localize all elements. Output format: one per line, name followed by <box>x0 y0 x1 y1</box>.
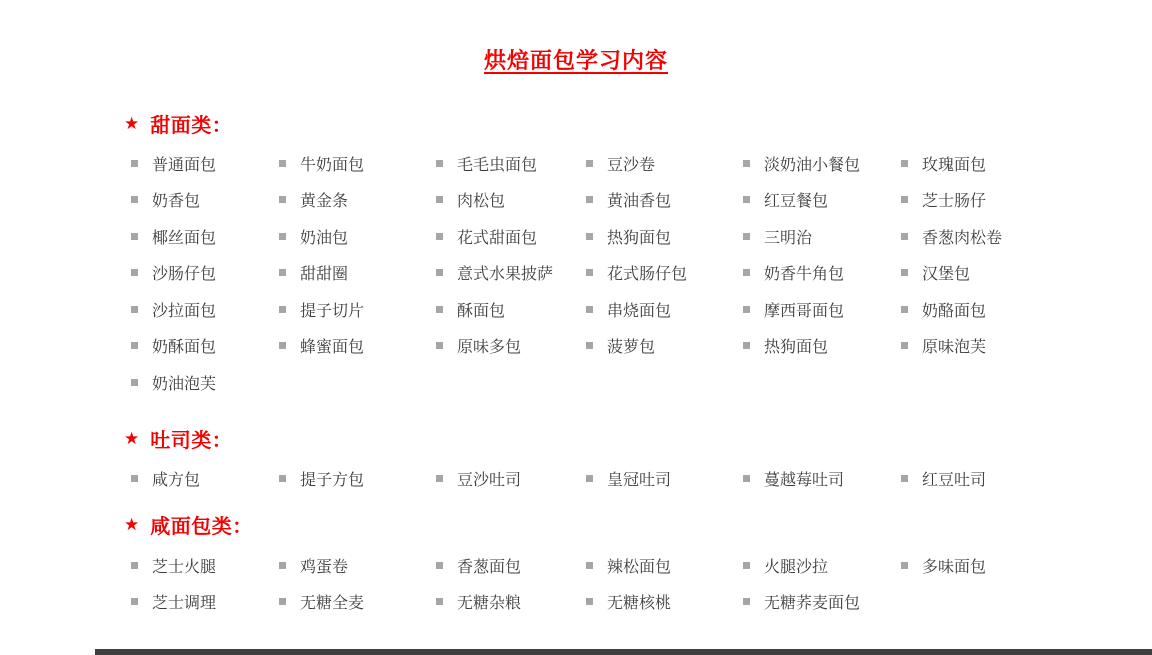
list-item: 沙拉面包 <box>131 291 279 328</box>
list-item: 无糖杂粮 <box>436 584 586 621</box>
square-bullet-icon <box>743 342 750 349</box>
list-item-label: 奶酪面包 <box>922 298 986 321</box>
list-item-label: 黄金条 <box>300 188 348 211</box>
square-bullet-icon <box>586 233 593 240</box>
list-item-label: 奶香牛角包 <box>764 261 844 284</box>
list-item-label: 热狗面包 <box>607 225 671 248</box>
list-item: 酥面包 <box>436 291 586 328</box>
list-item-label: 芝士火腿 <box>152 554 216 577</box>
list-item: 豆沙吐司 <box>436 460 586 497</box>
square-bullet-icon <box>131 598 138 605</box>
list-item: 皇冠吐司 <box>586 460 743 497</box>
square-bullet-icon <box>743 160 750 167</box>
square-bullet-icon <box>436 598 443 605</box>
list-item-label: 牛奶面包 <box>300 152 364 175</box>
slide: 烘焙面包学习内容 ★ 甜面类： 普通面包牛奶面包毛毛虫面包豆沙卷淡奶油小餐包玫瑰… <box>0 0 1152 655</box>
section-title: 吐司类： <box>150 424 232 453</box>
list-item-label: 皇冠吐司 <box>607 467 671 490</box>
list-item: 香葱肉松卷 <box>901 218 1151 255</box>
list-item: 三明治 <box>743 218 901 255</box>
list-item: 意式水果披萨 <box>436 255 586 292</box>
square-bullet-icon <box>279 196 286 203</box>
square-bullet-icon <box>279 233 286 240</box>
list-item: 汉堡包 <box>901 255 1151 292</box>
list-item-label: 肉松包 <box>457 188 505 211</box>
star-icon: ★ <box>124 516 139 533</box>
square-bullet-icon <box>901 562 908 569</box>
list-item-label: 沙肠仔包 <box>152 261 216 284</box>
square-bullet-icon <box>279 306 286 313</box>
star-icon: ★ <box>124 115 139 132</box>
square-bullet-icon <box>436 233 443 240</box>
list-item-label: 热狗面包 <box>764 334 828 357</box>
square-bullet-icon <box>901 342 908 349</box>
list-item: 红豆吐司 <box>901 460 1151 497</box>
square-bullet-icon <box>586 475 593 482</box>
list-item-label: 毛毛虫面包 <box>457 152 537 175</box>
list-item: 奶香牛角包 <box>743 255 901 292</box>
list-item-label: 香葱面包 <box>457 554 521 577</box>
list-item-label: 玫瑰面包 <box>922 152 986 175</box>
list-item-label: 花式甜面包 <box>457 225 537 248</box>
list-item: 奶油泡芙 <box>131 364 279 401</box>
square-bullet-icon <box>436 196 443 203</box>
square-bullet-icon <box>131 196 138 203</box>
list-item-label: 无糖杂粮 <box>457 590 521 613</box>
square-bullet-icon <box>901 475 908 482</box>
list-item-label: 菠萝包 <box>607 334 655 357</box>
list-item: 蜂蜜面包 <box>279 328 436 365</box>
list-item-label: 咸方包 <box>152 467 200 490</box>
list-item: 奶油包 <box>279 218 436 255</box>
list-item-label: 芝士调理 <box>152 590 216 613</box>
square-bullet-icon <box>131 160 138 167</box>
list-item-label: 提子切片 <box>300 298 364 321</box>
list-item: 鸡蛋卷 <box>279 547 436 584</box>
list-item: 奶酥面包 <box>131 328 279 365</box>
list-item-label: 奶油泡芙 <box>152 371 216 394</box>
section-header-sweet-bread: ★ 甜面类： <box>124 110 232 136</box>
list-item-label: 红豆吐司 <box>922 467 986 490</box>
list-item-label: 无糖核桃 <box>607 590 671 613</box>
square-bullet-icon <box>131 342 138 349</box>
section-title: 咸面包类： <box>150 510 253 539</box>
list-item-label: 鸡蛋卷 <box>300 554 348 577</box>
list-item: 毛毛虫面包 <box>436 145 586 182</box>
list-item-label: 普通面包 <box>152 152 216 175</box>
list-item-label: 黄油香包 <box>607 188 671 211</box>
list-item: 原味多包 <box>436 328 586 365</box>
list-item-label: 甜甜圈 <box>300 261 348 284</box>
footer-bar <box>95 649 1152 655</box>
list-item-label: 红豆餐包 <box>764 188 828 211</box>
list-item: 椰丝面包 <box>131 218 279 255</box>
square-bullet-icon <box>901 306 908 313</box>
list-item-label: 蜂蜜面包 <box>300 334 364 357</box>
square-bullet-icon <box>901 233 908 240</box>
square-bullet-icon <box>901 196 908 203</box>
square-bullet-icon <box>436 306 443 313</box>
square-bullet-icon <box>279 342 286 349</box>
list-item: 奶酪面包 <box>901 291 1151 328</box>
list-item-label: 豆沙吐司 <box>457 467 521 490</box>
list-item: 花式甜面包 <box>436 218 586 255</box>
list-item: 提子方包 <box>279 460 436 497</box>
list-item-label: 椰丝面包 <box>152 225 216 248</box>
item-grid-sweet-bread: 普通面包牛奶面包毛毛虫面包豆沙卷淡奶油小餐包玫瑰面包奶香包黄金条肉松包黄油香包红… <box>131 145 1151 401</box>
square-bullet-icon <box>743 233 750 240</box>
list-item: 玫瑰面包 <box>901 145 1151 182</box>
list-item: 奶香包 <box>131 182 279 219</box>
list-item: 普通面包 <box>131 145 279 182</box>
section-header-toast: ★ 吐司类： <box>124 425 232 451</box>
list-item: 蔓越莓吐司 <box>743 460 901 497</box>
square-bullet-icon <box>131 475 138 482</box>
list-item: 菠萝包 <box>586 328 743 365</box>
list-item-label: 奶酥面包 <box>152 334 216 357</box>
list-item-label: 原味多包 <box>457 334 521 357</box>
star-icon: ★ <box>124 430 139 447</box>
square-bullet-icon <box>743 562 750 569</box>
list-item: 芝士肠仔 <box>901 182 1151 219</box>
list-item: 花式肠仔包 <box>586 255 743 292</box>
list-item-label: 香葱肉松卷 <box>922 225 1002 248</box>
square-bullet-icon <box>279 269 286 276</box>
list-item-label: 蔓越莓吐司 <box>764 467 844 490</box>
square-bullet-icon <box>743 196 750 203</box>
list-item-label: 火腿沙拉 <box>764 554 828 577</box>
square-bullet-icon <box>131 269 138 276</box>
list-item: 沙肠仔包 <box>131 255 279 292</box>
list-item-label: 芝士肠仔 <box>922 188 986 211</box>
square-bullet-icon <box>586 269 593 276</box>
item-grid-salty-bread: 芝士火腿鸡蛋卷香葱面包辣松面包火腿沙拉多味面包芝士调理无糖全麦无糖杂粮无糖核桃无… <box>131 547 1151 620</box>
square-bullet-icon <box>586 562 593 569</box>
list-item-label: 无糖全麦 <box>300 590 364 613</box>
list-item-label: 淡奶油小餐包 <box>764 152 860 175</box>
list-item: 无糖全麦 <box>279 584 436 621</box>
square-bullet-icon <box>743 475 750 482</box>
section-header-salty-bread: ★ 咸面包类： <box>124 511 253 537</box>
list-item: 红豆餐包 <box>743 182 901 219</box>
list-item-label: 原味泡芙 <box>922 334 986 357</box>
item-grid-toast: 咸方包提子方包豆沙吐司皇冠吐司蔓越莓吐司红豆吐司 <box>131 460 1151 497</box>
square-bullet-icon <box>586 598 593 605</box>
list-item-label: 串烧面包 <box>607 298 671 321</box>
list-item: 辣松面包 <box>586 547 743 584</box>
list-item: 肉松包 <box>436 182 586 219</box>
list-item-label: 花式肠仔包 <box>607 261 687 284</box>
list-item-label: 摩西哥面包 <box>764 298 844 321</box>
square-bullet-icon <box>131 562 138 569</box>
square-bullet-icon <box>743 306 750 313</box>
list-item: 多味面包 <box>901 547 1151 584</box>
square-bullet-icon <box>436 475 443 482</box>
list-item: 黄油香包 <box>586 182 743 219</box>
list-item-label: 三明治 <box>764 225 812 248</box>
list-item: 热狗面包 <box>586 218 743 255</box>
square-bullet-icon <box>436 269 443 276</box>
square-bullet-icon <box>586 160 593 167</box>
list-item: 芝士调理 <box>131 584 279 621</box>
list-item-label: 酥面包 <box>457 298 505 321</box>
square-bullet-icon <box>279 562 286 569</box>
list-item: 原味泡芙 <box>901 328 1151 365</box>
square-bullet-icon <box>743 598 750 605</box>
square-bullet-icon <box>586 196 593 203</box>
list-item-label: 多味面包 <box>922 554 986 577</box>
list-item: 咸方包 <box>131 460 279 497</box>
square-bullet-icon <box>436 342 443 349</box>
square-bullet-icon <box>436 160 443 167</box>
list-item-label: 辣松面包 <box>607 554 671 577</box>
square-bullet-icon <box>131 306 138 313</box>
list-item-label: 提子方包 <box>300 467 364 490</box>
page-title: 烘焙面包学习内容 <box>0 47 1152 75</box>
list-item-label: 沙拉面包 <box>152 298 216 321</box>
square-bullet-icon <box>279 160 286 167</box>
list-item-label: 汉堡包 <box>922 261 970 284</box>
square-bullet-icon <box>586 306 593 313</box>
list-item-label: 奶油包 <box>300 225 348 248</box>
list-item: 豆沙卷 <box>586 145 743 182</box>
list-item: 无糖核桃 <box>586 584 743 621</box>
list-item: 芝士火腿 <box>131 547 279 584</box>
list-item: 甜甜圈 <box>279 255 436 292</box>
section-title: 甜面类： <box>150 109 232 138</box>
square-bullet-icon <box>131 379 138 386</box>
list-item: 热狗面包 <box>743 328 901 365</box>
list-item-label: 奶香包 <box>152 188 200 211</box>
list-item: 串烧面包 <box>586 291 743 328</box>
square-bullet-icon <box>901 160 908 167</box>
list-item: 提子切片 <box>279 291 436 328</box>
list-item-label: 豆沙卷 <box>607 152 655 175</box>
list-item-label: 意式水果披萨 <box>457 261 553 284</box>
list-item: 无糖荞麦面包 <box>743 584 901 621</box>
square-bullet-icon <box>279 598 286 605</box>
list-item: 香葱面包 <box>436 547 586 584</box>
list-item: 牛奶面包 <box>279 145 436 182</box>
list-item: 黄金条 <box>279 182 436 219</box>
list-item: 淡奶油小餐包 <box>743 145 901 182</box>
square-bullet-icon <box>901 269 908 276</box>
square-bullet-icon <box>743 269 750 276</box>
list-item: 摩西哥面包 <box>743 291 901 328</box>
list-item: 火腿沙拉 <box>743 547 901 584</box>
square-bullet-icon <box>436 562 443 569</box>
square-bullet-icon <box>131 233 138 240</box>
list-item-label: 无糖荞麦面包 <box>764 590 860 613</box>
square-bullet-icon <box>586 342 593 349</box>
square-bullet-icon <box>279 475 286 482</box>
